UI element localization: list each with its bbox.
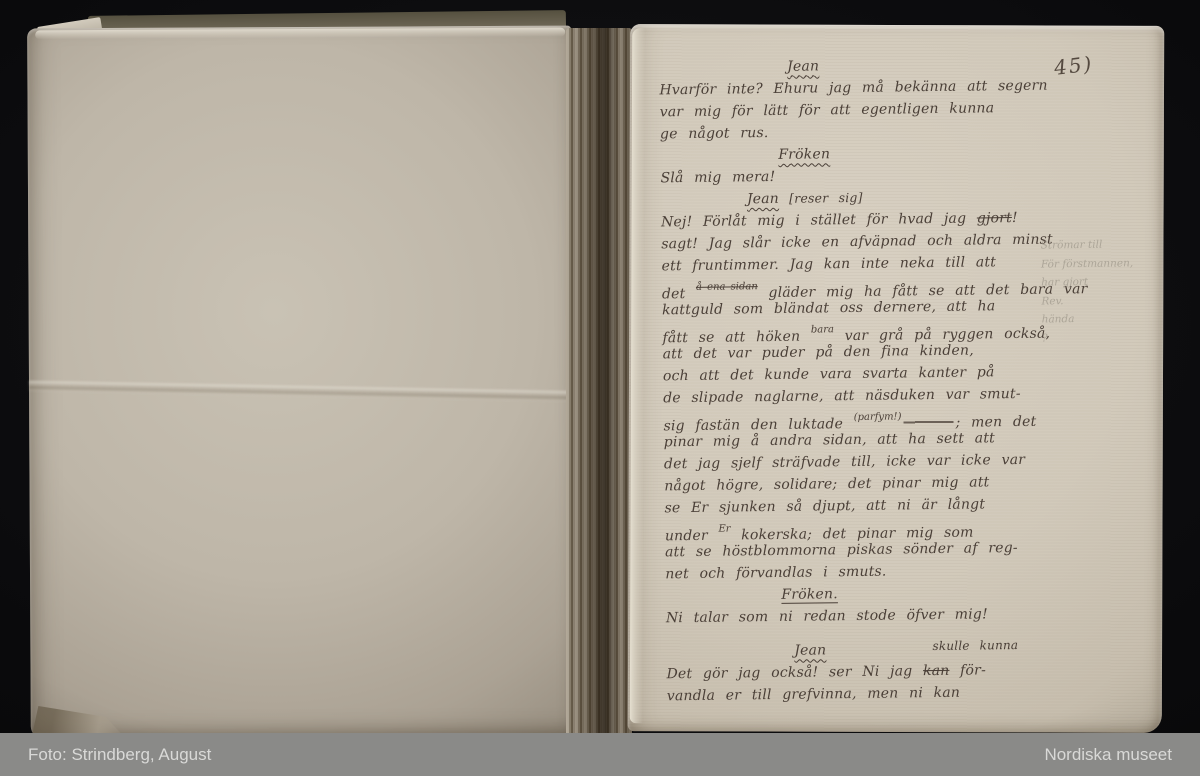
manuscript-line: Fröken bbox=[660, 142, 948, 168]
right-manuscript-page: 45) JeanHvarför inte? Ehuru jag må bekän… bbox=[628, 24, 1164, 733]
manuscript-line: Jeanskulle kunna bbox=[666, 638, 954, 664]
margin-note-line: ? bbox=[1042, 327, 1160, 347]
manuscript-text: JeanHvarför inte? Ehuru jag må bekänna a… bbox=[659, 52, 1067, 707]
manuscript-line: fått se att höken bara var grå på ryggen… bbox=[662, 316, 1062, 343]
manuscript-line: vandla er till grefvinna, men ni kan bbox=[667, 680, 1067, 707]
margin-note-line: har gjort bbox=[1041, 272, 1159, 292]
manuscript-line: ge något rus. bbox=[660, 118, 1060, 145]
manuscript-line: Jean [reser sig] bbox=[661, 186, 949, 212]
margin-note-line: hända bbox=[1042, 309, 1160, 329]
manuscript-line: sig fastän den luktade (parfym!); men de… bbox=[663, 404, 1063, 431]
margin-note-line: Rev. bbox=[1041, 290, 1159, 310]
margin-note-line: Strömar till bbox=[1041, 235, 1159, 255]
manuscript-line: det å ena sidan gläder mig ha fått se at… bbox=[662, 272, 1062, 299]
manuscript-line: net och förvandlas i smuts. bbox=[665, 558, 1065, 585]
book-gutter bbox=[566, 28, 632, 736]
margin-note-line: För förstmannen, bbox=[1041, 253, 1159, 273]
manuscript-line: Jean bbox=[659, 54, 947, 80]
caption-bar: Foto: Strindberg, August Nordiska museet bbox=[0, 733, 1200, 776]
photographer-credit: Foto: Strindberg, August bbox=[28, 745, 211, 765]
left-blank-page bbox=[27, 26, 575, 739]
manuscript-line: Fröken. bbox=[665, 582, 953, 608]
museum-credit: Nordiska museet bbox=[1044, 745, 1172, 765]
margin-note-pencil: Strömar tillFör förstmannen,har gjortRev… bbox=[1041, 235, 1161, 348]
photo: 45) JeanHvarför inte? Ehuru jag må bekän… bbox=[0, 0, 1200, 776]
